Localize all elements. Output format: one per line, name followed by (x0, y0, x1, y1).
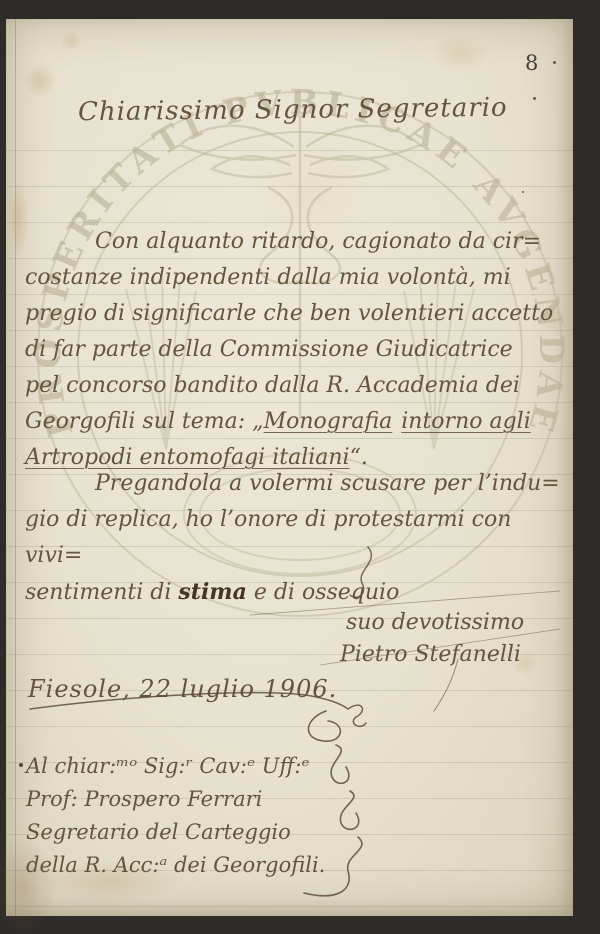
letter-line: Georgofili sul tema: „Monografiaintorno … (25, 404, 563, 440)
address-line: Prof: Prospero Ferrari (26, 783, 325, 816)
address-block: Al chiar:ᵐᵒ Sig:ʳ Cav:ᵉ Uff:ᵉ Prof: Pros… (26, 750, 325, 882)
emphasized-word: stima (178, 579, 246, 605)
address-line: Al chiar:ᵐᵒ Sig:ʳ Cav:ᵉ Uff:ᵉ (26, 750, 325, 783)
signature: Pietro Stefanelli (340, 639, 524, 671)
valediction: suo devotissimo (346, 607, 524, 639)
line-text: e di ossequio (247, 580, 400, 605)
line-text: sentimenti di (25, 580, 178, 605)
salutation-line: Chiarissimo Signor Segretario (78, 93, 508, 127)
letter-line: Con alquanto ritardo, cagionato da cir= (25, 224, 563, 260)
letter-line: pel concorso bandito dalla R. Accademia … (25, 368, 563, 404)
ink-speck (553, 61, 556, 64)
letter-line: di far parte della Commissione Giudicatr… (25, 332, 563, 368)
stain-spot (60, 31, 82, 51)
address-line: Segretario del Carteggio (26, 816, 325, 849)
letter-line: pregio di significarle che ben volentier… (25, 296, 563, 332)
letter-line: sentimenti di stima e di ossequio (25, 574, 563, 611)
ink-speck (19, 763, 23, 767)
dateline: Fiesole, 22 luglio 1906. (28, 675, 337, 703)
paper-sheet: PROSPERITATI PVBLICAE AVGENDAE (6, 19, 573, 916)
address-line: della R. Acc:ᵃ dei Georgofili. (26, 849, 325, 882)
letter-line: Pregandola a volermi scusare per l’indu= (25, 466, 563, 502)
letter-line: costanze indipendenti dalla mia volontà,… (25, 260, 563, 296)
ink-speck (533, 97, 536, 100)
paragraph-2: Pregandola a volermi scusare per l’indu=… (25, 466, 563, 611)
closing-block: suo devotissimo Pietro Stefanelli (346, 607, 524, 671)
page-number: 8 (525, 51, 538, 75)
stain-spot (430, 33, 490, 73)
ink-speck (522, 191, 524, 193)
underlined-title-word: Monografia (264, 409, 393, 434)
letter-line: gio di replica, ho l’onore di protestarm… (25, 502, 563, 574)
scanned-letter-page: PROSPERITATI PVBLICAE AVGENDAE (0, 0, 600, 934)
stain-spot (23, 65, 57, 97)
line-text: Georgofili sul tema: „ (25, 409, 264, 434)
paragraph-1: Con alquanto ritardo, cagionato da cir= … (25, 224, 563, 476)
page-fold-line (15, 19, 16, 916)
underlined-title-word: intorno agli (401, 409, 531, 434)
